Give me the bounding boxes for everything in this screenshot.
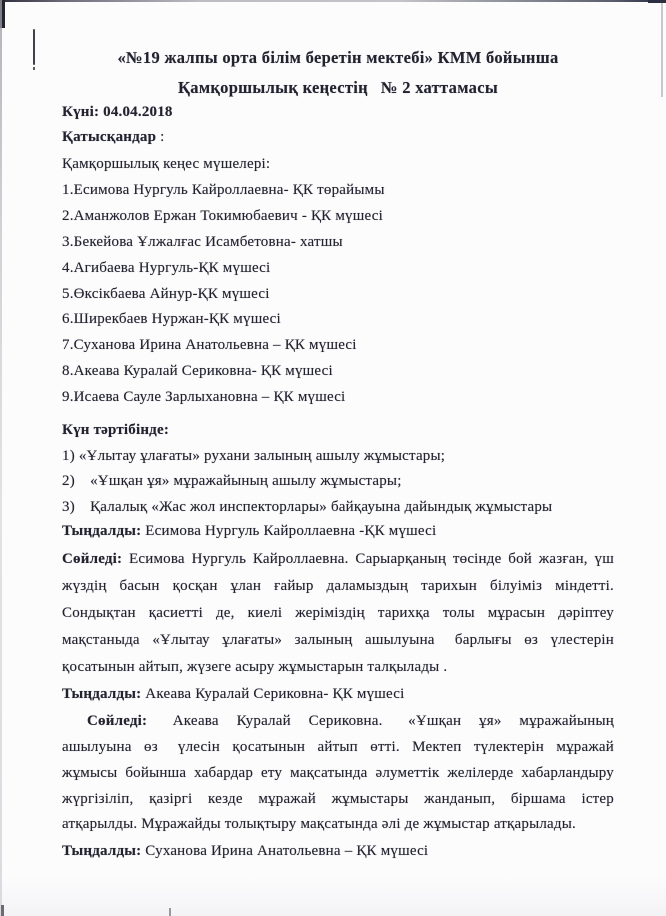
doc-text-segment: Есимова Нургуль Кайроллаевна. Сарыарқаны… — [122, 551, 614, 567]
doc-title-line-2: Қамқоршылық кеңестің № 2 хаттамасы — [62, 78, 614, 98]
pen-mark-lower-dot — [33, 67, 35, 70]
doc-text-segment: Қамқоршылық кеңес мүшелері: — [62, 156, 270, 172]
doc-text-segment: Акеава Куралай Сериковна. «Ұшқан ұя» мұр… — [147, 713, 614, 729]
speech-2-line-5: атқарылды. Мұражайды толықтыру мақсатынд… — [62, 814, 614, 834]
member-item-4: 4.Агибаева Нургуль-ҚК мүшесі — [62, 258, 614, 278]
doc-text-segment: 6.Ширекбаев Нуржан-ҚК мүшесі — [62, 311, 281, 327]
member-item-3: 3.Бекейова Ұлжалғас Исамбетовна- хатшы — [62, 232, 614, 252]
agenda-item-3: 3) Қалалық «Жас жол инспекторлары» байқа… — [62, 497, 614, 517]
doc-text-segment: 1) «Ұлытау ұлағаты» рухани залының ашылу… — [62, 448, 445, 464]
doc-text-bold-segment: Сөйледі: — [87, 713, 147, 729]
doc-title-line-1: «№19 жалпы орта білім беретін мектебі» К… — [62, 48, 614, 68]
heard-line-3: Тыңдалды: Суханова Ирина Анатольевна – Қ… — [62, 841, 614, 861]
doc-text-bold-segment: Тыңдалды: — [62, 686, 141, 702]
doc-text-bold-segment: Қатысқандар — [62, 129, 156, 145]
scan-corner-mark-top-right — [648, 0, 666, 3]
doc-text-segment: жұмысы бойынша хабардар ету мақсатында ә… — [62, 765, 614, 781]
doc-text-segment: 2) «Ұшқан ұя» мұражайының ашылу жұмыстар… — [62, 473, 402, 489]
doc-text-segment: 5.Өксікбаева Айнур-ҚК мүшесі — [62, 286, 270, 302]
scanned-document-page: «№19 жалпы орта білім беретін мектебі» К… — [0, 0, 666, 916]
member-item-1: 1.Есимова Нургуль Кайроллаевна- ҚК төрай… — [62, 180, 614, 200]
doc-text-segment: 7.Суханова Ирина Анатольевна – ҚК мүшесі — [62, 337, 357, 353]
member-item-7: 7.Суханова Ирина Анатольевна – ҚК мүшесі — [62, 335, 614, 355]
agenda-item-2: 2) «Ұшқан ұя» мұражайының ашылу жұмыстар… — [62, 471, 614, 491]
doc-text-segment: Акеава Куралай Сериковна- ҚК мүшесі — [141, 686, 404, 702]
doc-text-segment: Сондықтан қасиетті де, киелі жеріміздің … — [62, 605, 614, 621]
scan-edge-top — [0, 0, 666, 2]
doc-text-segment: ашылуына өз үлесін қосатынын айтып өтті.… — [62, 739, 614, 755]
scan-edge-left — [0, 0, 2, 916]
speech-1-line-5: қосатынын айтып, жүзеге асыру жұмыстарын… — [62, 657, 614, 677]
agenda-item-1: 1) «Ұлытау ұлағаты» рухани залының ашылу… — [62, 446, 614, 466]
doc-text-segment: 2.Аманжолов Ержан Токимюбаевич - ҚК мүше… — [62, 208, 383, 224]
doc-text-bold-segment: Тыңдалды: — [62, 523, 141, 539]
member-item-8: 8.Акеава Куралай Сериковна- ҚК мүшесі — [62, 361, 614, 381]
date-line: Күні: 04.04.2018 — [62, 102, 614, 122]
agenda-heading: Күн тәртібінде: — [62, 420, 614, 440]
member-item-6: 6.Ширекбаев Нуржан-ҚК мүшесі — [62, 309, 614, 329]
pen-mark — [33, 29, 35, 65]
members-intro: Қамқоршылық кеңес мүшелері: — [62, 154, 614, 174]
doc-text-segment: 4.Агибаева Нургуль-ҚК мүшесі — [62, 260, 270, 276]
scan-edge-right — [661, 2, 663, 97]
doc-text-bold-segment: Күн тәртібінде: — [62, 422, 169, 438]
scan-speck-bottom — [169, 908, 171, 916]
doc-text-segment: 8.Акеава Куралай Сериковна- ҚК мүшесі — [62, 363, 333, 379]
member-item-2: 2.Аманжолов Ержан Токимюбаевич - ҚК мүше… — [62, 206, 614, 226]
participants-heading: Қатысқандар : — [62, 127, 614, 147]
doc-text-segment: 1.Есимова Нургуль Кайроллаевна- ҚК төрай… — [62, 182, 385, 198]
doc-text-segment: Суханова Ирина Анатольевна – ҚК мүшесі — [141, 843, 428, 859]
doc-text-segment: : — [156, 129, 164, 145]
doc-text-bold-segment: «№19 жалпы орта білім беретін мектебі» К… — [118, 48, 559, 67]
heard-line-1: Тыңдалды: Есимова Нургуль Кайроллаевна -… — [62, 521, 614, 541]
doc-text-segment: Есимова Нургуль Кайроллаевна -ҚК мүшесі — [141, 523, 436, 539]
member-item-5: 5.Өксікбаева Айнур-ҚК мүшесі — [62, 284, 614, 304]
doc-text-segment: қосатынын айтып, жүзеге асыру жұмыстарын… — [62, 659, 447, 675]
scan-speck-bottom-left — [1, 905, 4, 916]
member-item-9: 9.Исаева Сауле Зарлыхановна – ҚК мүшесі — [62, 387, 614, 407]
doc-text-segment: мақстаныда «Ұлытау ұлағаты» залының ашыл… — [62, 632, 614, 648]
doc-text-bold-segment: Сөйледі: — [62, 551, 122, 567]
doc-text-segment: жүздің басын қосқан ұлан ғайыр даламызды… — [62, 578, 614, 594]
doc-text-bold-segment: Күні: 04.04.2018 — [62, 104, 173, 120]
heard-line-2: Тыңдалды: Акеава Куралай Сериковна- ҚК м… — [62, 684, 614, 704]
doc-text-segment: 3) Қалалық «Жас жол инспекторлары» байқа… — [62, 499, 552, 515]
doc-text-segment: 3.Бекейова Ұлжалғас Исамбетовна- хатшы — [62, 234, 343, 250]
doc-text-segment: жүргізіліп, қазіргі кезде мұражай жұмыст… — [62, 791, 614, 807]
doc-text-bold-segment: Қамқоршылық кеңестің № 2 хаттамасы — [178, 78, 498, 97]
doc-text-segment: 9.Исаева Сауле Зарлыхановна – ҚК мүшесі — [62, 389, 345, 405]
doc-text-segment: атқарылды. Мұражайды толықтыру мақсатынд… — [62, 816, 576, 832]
doc-text-bold-segment: Тыңдалды: — [62, 843, 141, 859]
